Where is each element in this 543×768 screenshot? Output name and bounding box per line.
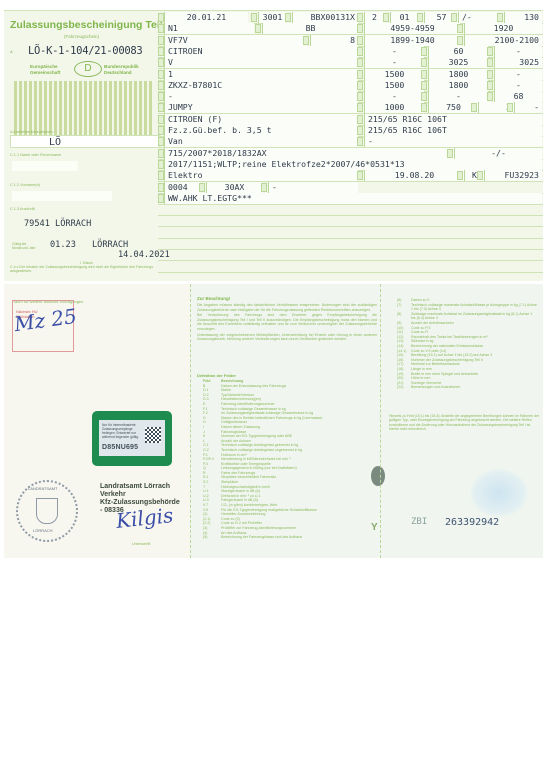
grid-cell: 20.01.21 [164, 12, 248, 23]
license-plate-prefix: LÖ [10, 135, 160, 148]
field-code [199, 183, 205, 192]
grid-row: ---68 [158, 91, 543, 103]
label-c13: C.1.3 Anschrift [10, 207, 35, 211]
grid-cell: 30AX [206, 182, 262, 193]
grid-cell: 3001 [258, 12, 286, 23]
vehicle-registration-document: Zulassungsbescheinigung Teil I (Fahrzeug… [0, 0, 543, 768]
field-code [357, 103, 363, 112]
security-code-sticker: Nur für internetbasierte Zulassungsvorgä… [92, 411, 172, 466]
grid-cell: Fz.z.Gü.bef. b. 3,5 t [164, 125, 358, 136]
grid-cell: - [494, 80, 542, 91]
field-code [457, 24, 463, 33]
grid-row: ZKXZ-B7801C15001800- [158, 80, 543, 92]
registration-front: Zulassungsbescheinigung Teil I (Fahrzeug… [4, 10, 543, 281]
grid-row: VF7V81899-19402100-2100 [158, 35, 543, 47]
field-code [357, 36, 363, 45]
valid-until: 01.23 [50, 240, 76, 250]
field-code [357, 13, 363, 22]
label-c12: C.1.2 Vorname(n) [10, 183, 40, 187]
field-code [477, 171, 483, 180]
field-code [451, 13, 457, 22]
field-code [357, 81, 363, 90]
notice-paragraph: Bei Veräußerung des Fahrzeugs sind dem E… [197, 313, 377, 331]
country-oval: D [74, 61, 102, 77]
grid-row: 2017/1151;WLTP;reine Elektrofze2*2007/46… [158, 159, 543, 171]
grid-row: Elektro19.08.20KFU32923 [158, 170, 543, 182]
field-code [421, 92, 427, 101]
field-code [487, 58, 493, 67]
field-code [457, 171, 463, 180]
grid-cell: 2100-2100 [464, 35, 542, 46]
grid-cell: FU32923 [484, 170, 542, 181]
serial-number: 263392942 [445, 517, 499, 528]
definition-row: (8)Zulässige maximale Achslast im Zulass… [397, 312, 537, 321]
doc-number-label: A [10, 49, 13, 54]
watermark-seal [469, 468, 529, 518]
field-code [357, 58, 363, 67]
grid-cell: ZKXZ-B7801C [164, 80, 358, 91]
country-label: Bundesrepublik Deutschland [104, 64, 139, 75]
grid-cell: 1500 [364, 69, 424, 80]
signature: Kilgis [115, 503, 174, 533]
field-code [357, 70, 363, 79]
empty-grid-row [158, 204, 543, 216]
grid-cell: 8 [310, 35, 358, 46]
grid-cell: 1500 [364, 80, 424, 91]
grid-cell: - [514, 102, 542, 113]
grid-cell: - [364, 57, 424, 68]
field-code [421, 58, 427, 67]
grid-cell: 19.08.20 [364, 170, 464, 181]
signature-label: Unterschrift [132, 542, 150, 546]
grid-cell: 1 [164, 69, 358, 80]
multilingual-titles [10, 81, 158, 136]
notes-column: Zur Beachtung! Die Angaben müssen ständi… [190, 284, 381, 558]
grid-cell: 130 [504, 12, 542, 23]
label-license-plate: A Amtliches Kennzeichen [10, 130, 53, 134]
field-code [357, 137, 363, 146]
registration-reverse: Raum für weitere amtliche Eintragungen N… [4, 284, 543, 558]
field-code [487, 70, 493, 79]
grid-cell: - [268, 182, 358, 193]
grid-cell: 2017/1151;WLTP;reine Elektrofze2*2007/46… [164, 159, 542, 170]
grid-cell: VF7V [164, 35, 304, 46]
grid-cell: V [164, 57, 358, 68]
grid-cell: 215/65 R16C 106T [364, 114, 542, 125]
grid-row: 20.01.213001BBX00131X20157/-130 [158, 12, 543, 24]
field-code [417, 13, 423, 22]
grid-cell: /- [458, 12, 498, 23]
field-code [357, 47, 363, 56]
grid-cell: 715/2007*2018/1832AX [164, 148, 454, 159]
field-code [251, 13, 257, 22]
official-seal: LANDRATSAMT LÖRRACH [16, 480, 78, 542]
grid-cell: - [494, 69, 542, 80]
official-stamps-zone: Raum für weitere amtliche Eintragungen N… [4, 284, 190, 558]
grid-cell: WW.AHK LT.EGTG*** [164, 193, 542, 204]
grid-row: Fz.z.Gü.bef. b. 3,5 t215/65 R16C 106T [158, 125, 543, 137]
definitions-list: FeldBezeichnungBDatum der Erstzulassung … [203, 379, 379, 540]
grid-row: WW.AHK LT.EGTG*** [158, 193, 543, 205]
definitions-title: Definition der Felder [197, 373, 236, 378]
field-code [497, 13, 503, 22]
field-code [487, 92, 493, 101]
field-code [357, 126, 363, 135]
grid-cell: BBX00131X [292, 12, 358, 23]
grid-row: 000430AX- [158, 182, 543, 194]
grid-cell: -/- [454, 148, 542, 159]
empty-grid-row [158, 261, 543, 273]
tire-notice: Hinweis zu Feld (15.1) bis (15.3): Anste… [389, 414, 541, 432]
firstname-field [12, 191, 112, 201]
empty-grid-row [158, 227, 543, 239]
grid-row: Van- [158, 136, 543, 148]
field-code [471, 103, 477, 112]
grid-row: 715/2007*2018/1832AX-/- [158, 148, 543, 160]
definition-row: (7)Technisch zulässige maximale Achslast… [397, 303, 537, 312]
grid-cell: 01 [390, 12, 418, 23]
field-code [421, 81, 427, 90]
definition-row: (5)Bezeichnung der Fahrzeugklasse und de… [203, 535, 379, 540]
valid-until-label: Gültig bis Monat und Jahr [12, 242, 36, 250]
name-field [12, 161, 78, 171]
empty-grid-row [158, 249, 543, 261]
grid-cell: - [364, 136, 542, 147]
field-code [487, 81, 493, 90]
field-code [421, 70, 427, 79]
right-definitions-list: (6)Datum zu K(7)Technisch zulässige maxi… [397, 298, 537, 390]
holder-address: 79541 LÖRRACH [24, 219, 91, 229]
grid-cell: 1000 [364, 102, 424, 113]
grid-cell: - [364, 46, 424, 57]
grid-cell: 3025 [428, 57, 488, 68]
vehicle-data-grid: 20.01.213001BBX00131X20157/-130N1BB4959-… [158, 11, 543, 281]
grid-cell: BB [262, 23, 358, 34]
zbi-label: ZBI [411, 517, 427, 527]
definition-row: (22)Bemerkungen und Ausnahmen [397, 385, 537, 390]
sticker-text: Nur für internetbasierte Zulassungsvorgä… [102, 423, 142, 439]
grid-row: N1BB4959-49591920 [158, 23, 543, 35]
sticker-code: D85NU695 [102, 444, 138, 451]
coat-of-arms-icon [36, 498, 58, 524]
notice-paragraph: Unterlassung der vorgeschriebenen Meldep… [197, 333, 377, 342]
grid-cell: - [164, 91, 358, 102]
field-code [357, 115, 363, 124]
grid-row: V-30253025 [158, 57, 543, 69]
grid-row: CITROEN-60- [158, 46, 543, 58]
definitions-column-right: (6)Datum zu K(7)Technisch zulässige maxi… [380, 284, 543, 558]
grid-cell: - [428, 91, 488, 102]
grid-cell: Elektro [164, 170, 358, 181]
empty-grid-row [158, 238, 543, 250]
field-code [421, 47, 427, 56]
field-code [285, 13, 291, 22]
c4c-note: C.4.c Der Inhaber der Zulassungsbeschein… [10, 265, 160, 274]
grid-cell: - [494, 46, 542, 57]
document-subtitle: (Fahrzeugschein) [64, 34, 99, 39]
grid-cell: Van [164, 136, 358, 147]
field-code [261, 183, 267, 192]
field-code [457, 36, 463, 45]
grid-row: 115001800- [158, 69, 543, 81]
field-code [487, 47, 493, 56]
field-code [357, 24, 363, 33]
grid-row: JUMPY10007503- [158, 102, 543, 114]
notice-text: Die Angaben müssen ständig den tatsächli… [197, 303, 377, 343]
field-code [357, 92, 363, 101]
field-code [357, 171, 363, 180]
grid-cell: 1800 [428, 69, 488, 80]
grid-cell: 3025 [494, 57, 542, 68]
qr-code-icon [145, 427, 161, 443]
grid-cell: 1899-1940 [364, 35, 460, 46]
grid-cell: 4959-4959 [364, 23, 460, 34]
grid-cell: 60 [428, 46, 488, 57]
notice-paragraph: Die Angaben müssen ständig den tatsächli… [197, 303, 377, 312]
label-c11: C.1.1 Name oder Firmenname [10, 153, 61, 157]
grid-cell: 1800 [428, 80, 488, 91]
grid-row: CITROEN (F)215/65 R16C 106T [158, 114, 543, 126]
grid-cell: 1920 [464, 23, 542, 34]
grid-cell: 215/65 R16C 106T [364, 125, 542, 136]
field-code [447, 149, 453, 158]
grid-cell: - [364, 91, 424, 102]
grid-cell: CITROEN (F) [164, 114, 358, 125]
printer-mark: Y [371, 522, 378, 533]
document-title: Zulassungsbescheinigung Teil I [10, 19, 169, 31]
eu-label: Europäische Gemeinschaft [30, 64, 60, 75]
grid-cell: JUMPY [164, 102, 358, 113]
field-code [303, 36, 309, 45]
field-code [255, 24, 261, 33]
document-number: LÖ-K-1-104/21-00083 [28, 45, 142, 57]
field-code [421, 103, 427, 112]
field-code [383, 13, 389, 22]
grid-cell: 0004 [164, 182, 200, 193]
field-code [507, 103, 513, 112]
empty-grid-row [158, 215, 543, 227]
notice-title: Zur Beachtung! [197, 296, 230, 301]
grid-cell: 2 [364, 12, 384, 23]
grid-cell: CITROEN [164, 46, 358, 57]
grid-cell: N1 [164, 23, 254, 34]
holder-card: Zulassungsbescheinigung Teil I (Fahrzeug… [8, 15, 158, 279]
issue-city: LÖRRACH [92, 240, 128, 250]
grid-cell: 68 [494, 91, 542, 102]
